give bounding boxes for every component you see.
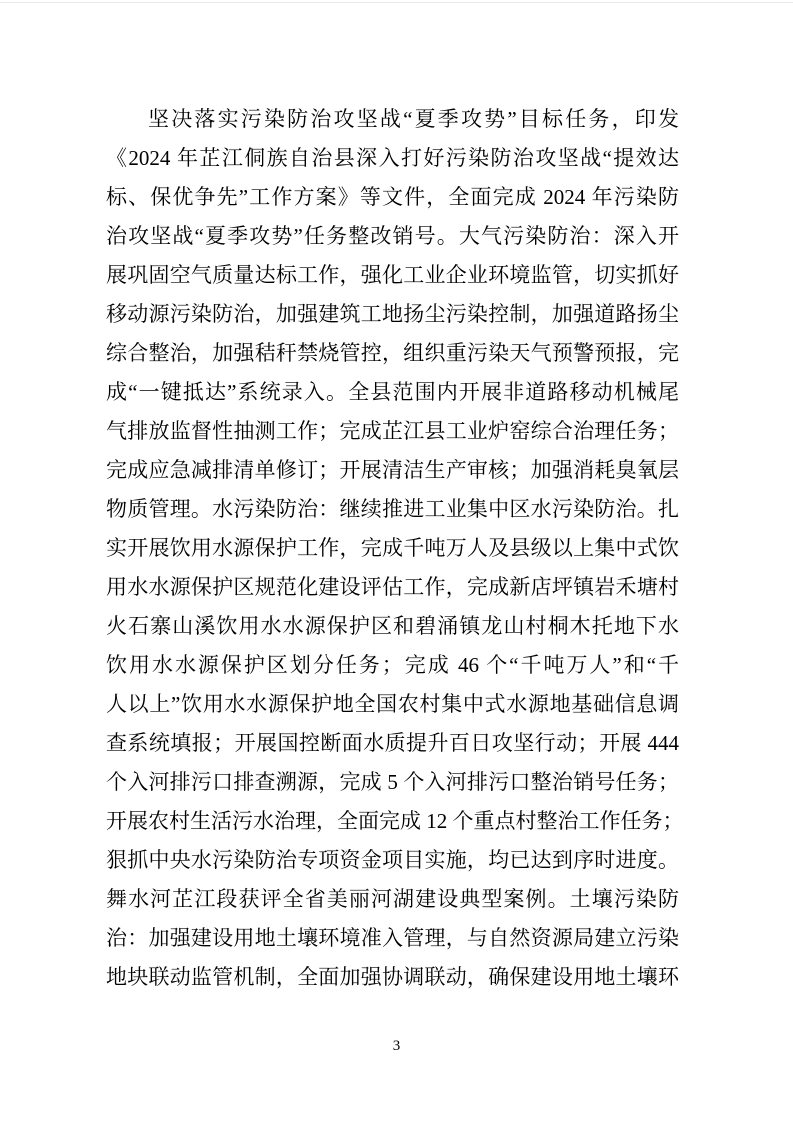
- body-text-line: 开展农村生活污水治理，全面完成 12 个重点村整治工作任务；: [106, 802, 679, 841]
- page-footer: 3: [0, 1036, 793, 1056]
- body-text-line: 饮用水水源保护区划分任务；完成 46 个“千吨万人”和“千: [106, 646, 679, 685]
- body-text-line: 狠抓中央水污染防治专项资金项目实施，均已达到序时进度。: [106, 841, 679, 880]
- body-text-line: 展巩固空气质量达标工作，强化工业企业环境监管，切实抓好: [106, 256, 679, 295]
- body-text-line: 火石寨山溪饮用水水源保护区和碧涌镇龙山村桐木托地下水: [106, 607, 679, 646]
- body-text-line: 移动源污染防治，加强建筑工地扬尘污染控制，加强道路扬尘: [106, 295, 679, 334]
- body-text-line: 物质管理。水污染防治：继续推进工业集中区水污染防治。扎: [106, 490, 679, 529]
- body-text-line: 综合整治，加强秸秆禁烧管控，组织重污染天气预警预报，完: [106, 334, 679, 373]
- page-number: 3: [393, 1036, 401, 1056]
- body-text-line: 治攻坚战“夏季攻势”任务整改销号。大气污染防治：深入开: [106, 217, 679, 256]
- body-text-line: 治：加强建设用地土壤环境准入管理，与自然资源局建立污染: [106, 919, 679, 958]
- body-text-line: 人以上”饮用水水源保护地全国农村集中式水源地基础信息调: [106, 685, 679, 724]
- body-text-line: 实开展饮用水源保护工作，完成千吨万人及县级以上集中式饮: [106, 529, 679, 568]
- body-text-line: 坚决落实污染防治攻坚战“夏季攻势”目标任务，印发: [106, 100, 679, 139]
- body-text-block: 坚决落实污染防治攻坚战“夏季攻势”目标任务，印发 《2024 年芷江侗族自治县深…: [106, 100, 679, 997]
- body-text-line: 查系统填报；开展国控断面水质提升百日攻坚行动；开展 444: [106, 724, 679, 763]
- body-text-line: 用水水源保护区规范化建设评估工作，完成新店坪镇岩禾塘村: [106, 568, 679, 607]
- page-top-edge: [0, 2, 793, 3]
- body-text-line: 完成应急减排清单修订；开展清洁生产审核；加强消耗臭氧层: [106, 451, 679, 490]
- body-text-line: 气排放监督性抽测工作；完成芷江县工业炉窑综合治理任务；: [106, 412, 679, 451]
- body-text-line: 成“一键抵达”系统录入。全县范围内开展非道路移动机械尾: [106, 373, 679, 412]
- body-text-line: 舞水河芷江段获评全省美丽河湖建设典型案例。土壤污染防: [106, 880, 679, 919]
- body-text-line: 《2024 年芷江侗族自治县深入打好污染防治攻坚战“提效达: [106, 139, 679, 178]
- body-text-line: 标、保优争先”工作方案》等文件，全面完成 2024 年污染防: [106, 178, 679, 217]
- document-page: 坚决落实污染防治攻坚战“夏季攻势”目标任务，印发 《2024 年芷江侗族自治县深…: [0, 0, 793, 1122]
- body-text-line: 个入河排污口排查溯源，完成 5 个入河排污口整治销号任务；: [106, 763, 679, 802]
- body-text-line: 地块联动监管机制，全面加强协调联动，确保建设用地土壤环: [106, 958, 679, 997]
